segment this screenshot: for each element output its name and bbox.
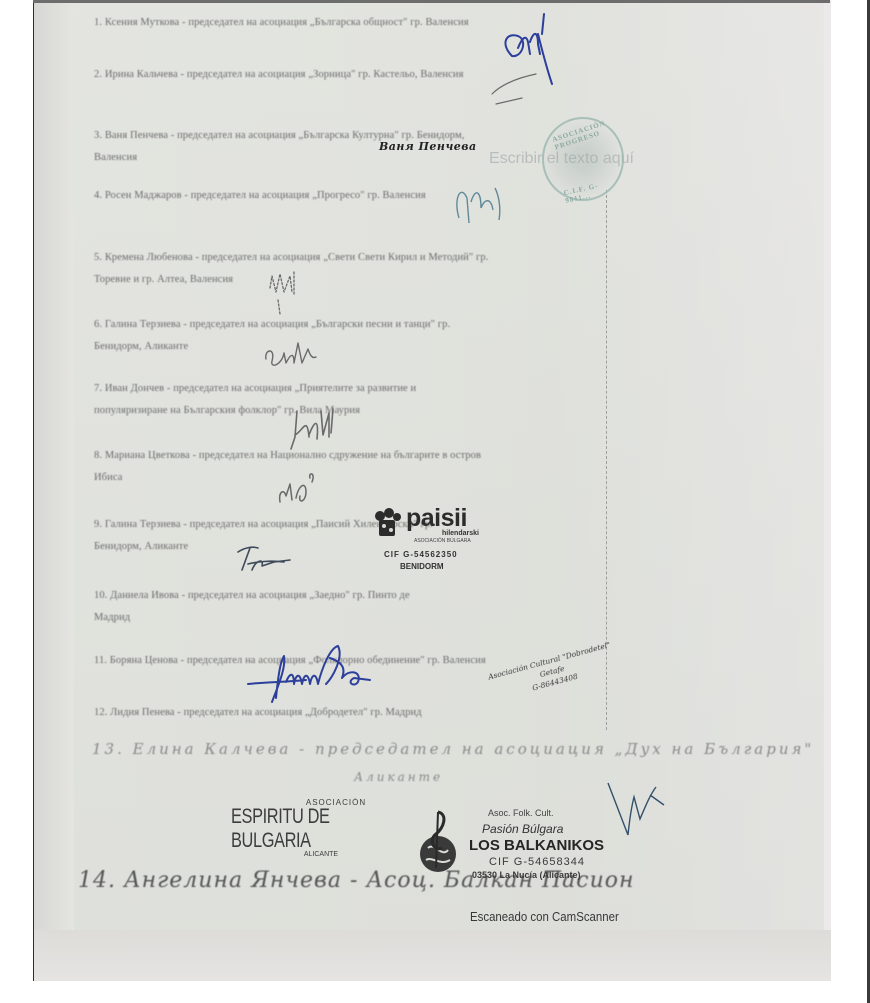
entry-text: Иван Дончев - председател на асоциация „…	[105, 383, 416, 394]
treble-clef-globe-icon	[414, 808, 466, 876]
entry-number: 12.	[94, 707, 107, 718]
stamp-main-text: ESPIRITU DE BULGARIA	[231, 805, 395, 853]
entry-text: Ирина Кальчева - председател на асоциаци…	[105, 69, 464, 80]
list-item: 1. Ксения Муткова - председател на асоци…	[94, 12, 469, 34]
entry-text: Кремена Любенова - председател на асоциа…	[105, 252, 489, 263]
typed-signature-name: Ваня Пенчева	[379, 140, 477, 153]
signature-6-icon	[262, 335, 322, 375]
handwritten-entry: 13. Елина Калчева - председател на асоци…	[92, 740, 814, 758]
entry-number: 4.	[94, 190, 102, 201]
entry-number: 6.	[94, 319, 102, 330]
entry-number: 14.	[78, 868, 116, 893]
scan-bottom-margin	[34, 930, 831, 981]
scanned-page: 1. Ксения Муткова - председател на асоци…	[33, 0, 831, 981]
entry-text: Росен Маджаров - председател на асоциаци…	[105, 190, 426, 201]
entry-number: 7.	[94, 383, 102, 394]
paisii-cif: CIF G-54562350	[384, 550, 458, 559]
progreso-seal-stamp: ASOCIACIÓN PROGRESO C.I.F. G-9811...	[542, 117, 624, 201]
list-item: 2. Ирина Кальчева - председател на асоци…	[94, 64, 464, 86]
stamp-line: Asoc. Folk. Cult.	[488, 808, 554, 818]
entry-text: Ксения Муткова - председател на асоциаци…	[105, 17, 469, 28]
list-item: 4. Росен Маджаров - председател на асоци…	[94, 185, 426, 207]
entry-continuation: популяризиране на Българския фолклор" гр…	[94, 400, 416, 422]
list-item: 7. Иван Дончев - председател на асоциаци…	[94, 378, 416, 422]
entry-number: 11.	[94, 655, 107, 666]
camscanner-watermark: Escaneado con CamScanner	[470, 909, 619, 924]
entry-continuation: Мадрид	[94, 607, 410, 629]
signature-8-icon	[272, 470, 322, 510]
entry-text: Галина Терзиева - председател на асоциац…	[105, 319, 450, 330]
entry-number: 10.	[94, 590, 107, 601]
entry-number: 2.	[94, 69, 102, 80]
entry-number: 9.	[94, 519, 102, 530]
paisii-small-text: ASOCIACIÓN BÚLGARA	[414, 538, 471, 544]
espiritu-de-bulgaria-stamp: ASOCIACIÓN ESPIRITU DE BULGARIA ALICANTE	[231, 798, 441, 858]
stamp-line: Pasión Búlgara	[482, 822, 563, 836]
signature-11-icon	[246, 638, 386, 718]
entry-number: 1.	[94, 17, 102, 28]
paisii-city: BENIDORM	[400, 562, 444, 571]
handwritten-entry-continuation: Аликанте	[354, 770, 443, 784]
signature-balkanikos-icon	[604, 775, 674, 865]
page-top-edge	[33, 0, 830, 3]
stamp-address: 03530 La Nucía (Alicante)	[472, 870, 581, 880]
signature-9-icon	[234, 540, 294, 580]
paisii-logo-icon	[372, 508, 402, 538]
signature-4-icon	[449, 168, 509, 228]
list-item: 10. Даниела Ивова - председател на асоци…	[94, 585, 410, 629]
signature-1-icon	[492, 14, 562, 94]
entry-number: 8.	[94, 450, 102, 461]
entry-number: 5.	[94, 252, 102, 263]
paisii-hilendarski-stamp: paisii hilendarski ASOCIACIÓN BÚLGARA CI…	[372, 508, 492, 578]
stamp-main-text: LOS BALKANIKOS	[469, 837, 604, 854]
paisii-subtitle: hilendarski	[442, 530, 479, 537]
entry-text: Елина Калчева - председател на асоциация…	[133, 740, 815, 758]
entry-number: 3.	[94, 130, 102, 141]
stamp-cif: CIF G-54658344	[489, 856, 585, 868]
signature-7-icon	[289, 405, 349, 455]
signature-5-icon	[264, 270, 314, 320]
paisii-name: paisii	[406, 504, 467, 533]
entry-number: 13.	[92, 740, 125, 758]
entry-text: Даниела Ивова - председател на асоциация…	[110, 590, 410, 601]
